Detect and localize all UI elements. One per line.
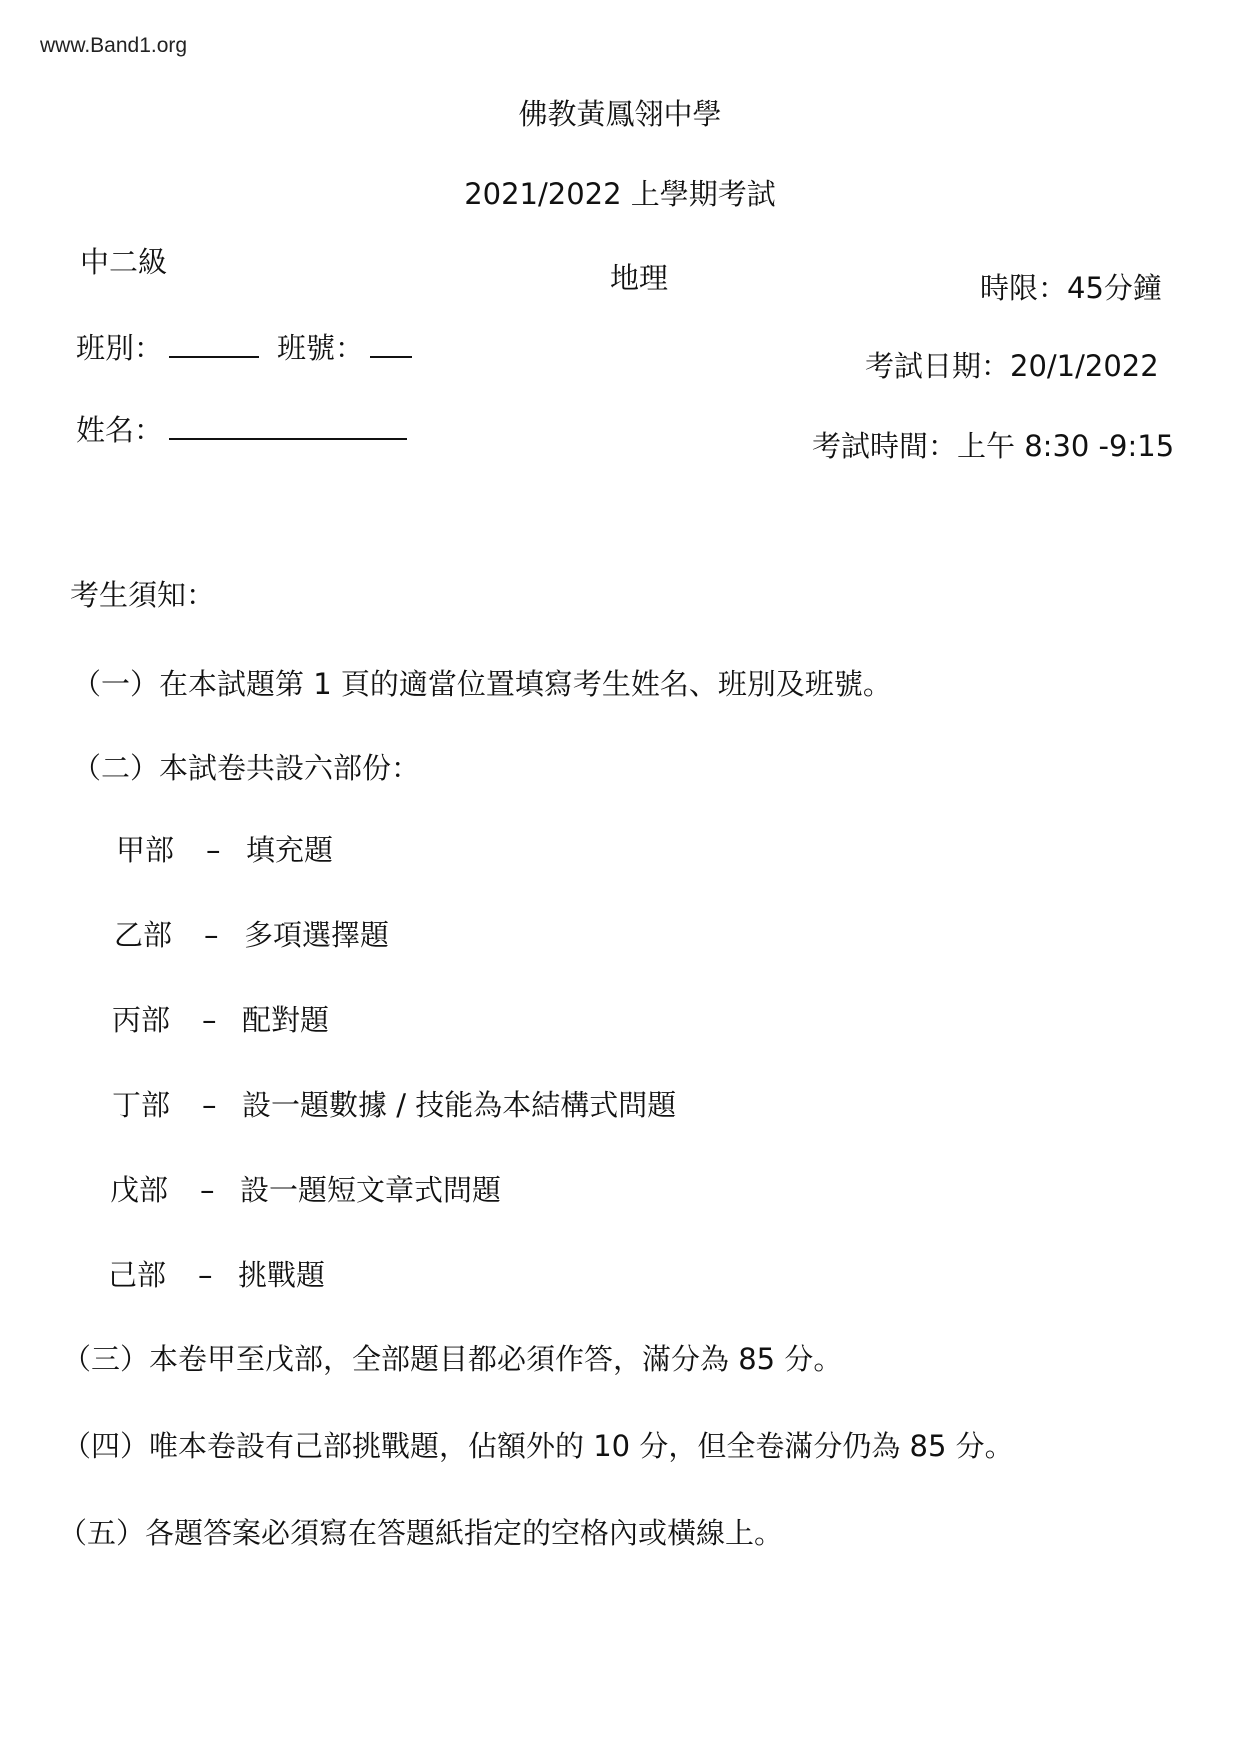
subject: 地理 bbox=[610, 256, 668, 297]
section-item: 甲部–填充題 bbox=[116, 828, 333, 869]
section-part: 戊部 bbox=[110, 1168, 200, 1209]
class-info-row: 班別：班號： bbox=[76, 326, 430, 367]
name-label: 姓名： bbox=[76, 413, 163, 447]
section-desc: 填充題 bbox=[246, 833, 333, 867]
section-part: 甲部 bbox=[116, 828, 206, 869]
watermark: www.Band1.org bbox=[40, 34, 187, 58]
instruction-note-3: （三）本卷甲至戊部，全部題目都必須作答，滿分為 85 分。 bbox=[62, 1337, 842, 1378]
section-item: 乙部–多項選擇題 bbox=[114, 913, 389, 954]
name-blank[interactable] bbox=[169, 437, 407, 440]
exam-date: 考試日期：20/1/2022 bbox=[865, 344, 1159, 385]
section-item: 丙部–配對題 bbox=[112, 998, 329, 1039]
exam-term: 2021/2022 上學期考試 bbox=[0, 172, 1240, 213]
instruction-note-1: （一）在本試題第 1 頁的適當位置填寫考生姓名、班別及班號。 bbox=[72, 662, 892, 703]
name-row: 姓名： bbox=[76, 408, 425, 449]
section-desc: 挑戰題 bbox=[238, 1258, 325, 1292]
instruction-note-2: （二）本試卷共設六部份： bbox=[72, 746, 420, 787]
section-part: 己部 bbox=[108, 1253, 198, 1294]
class-label: 班別： bbox=[76, 331, 163, 365]
section-part: 乙部 bbox=[114, 913, 204, 954]
school-name: 佛教黃鳳翎中學 bbox=[0, 92, 1240, 133]
section-dash: – bbox=[202, 1088, 242, 1122]
section-dash: – bbox=[198, 1258, 238, 1292]
class-blank[interactable] bbox=[169, 355, 259, 358]
section-part: 丙部 bbox=[112, 998, 202, 1039]
section-item: 己部–挑戰題 bbox=[108, 1253, 325, 1294]
instructions-title: 考生須知： bbox=[70, 573, 215, 614]
section-dash: – bbox=[200, 1173, 240, 1207]
section-item: 戊部–設一題短文章式問題 bbox=[110, 1168, 501, 1209]
instruction-note-4: （四）唯本卷設有己部挑戰題，佔額外的 10 分，但全卷滿分仍為 85 分。 bbox=[62, 1424, 1014, 1465]
exam-time: 考試時間：上午 8:30 -9:15 bbox=[812, 424, 1174, 465]
class-number-blank[interactable] bbox=[370, 355, 412, 358]
section-dash: – bbox=[206, 833, 246, 867]
section-part: 丁部 bbox=[112, 1083, 202, 1124]
grade-level: 中二級 bbox=[80, 240, 167, 281]
section-desc: 設一題數據 / 技能為本結構式問題 bbox=[242, 1088, 676, 1122]
instruction-note-5: （五）各題答案必須寫在答題紙指定的空格內或橫線上。 bbox=[58, 1511, 783, 1552]
class-number-label: 班號： bbox=[277, 331, 364, 365]
section-desc: 設一題短文章式問題 bbox=[240, 1173, 501, 1207]
section-dash: – bbox=[204, 918, 244, 952]
section-desc: 配對題 bbox=[242, 1003, 329, 1037]
section-desc: 多項選擇題 bbox=[244, 918, 389, 952]
section-dash: – bbox=[202, 1003, 242, 1037]
time-limit: 時限：45分鐘 bbox=[980, 266, 1162, 307]
section-item: 丁部–設一題數據 / 技能為本結構式問題 bbox=[112, 1083, 676, 1124]
